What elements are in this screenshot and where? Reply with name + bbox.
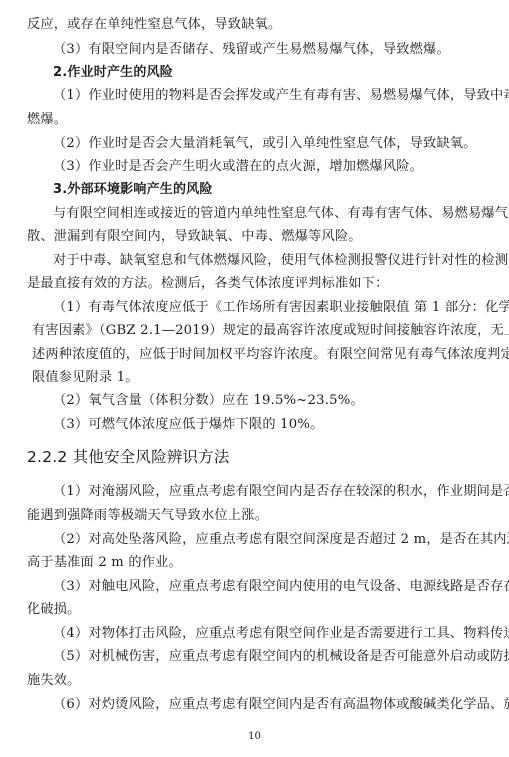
paragraph-line: 限值参见附录 1。 — [32, 370, 484, 386]
paragraph-line: 化破损。 — [27, 602, 479, 618]
paragraph-line: 高于基准面 2 m 的作业。 — [27, 555, 479, 571]
section-heading: 2.2.2 其他安全风险辨识方法 — [27, 447, 479, 467]
paragraph-line: （2）作业时是否会大量消耗氧气，或引入单纯性窒息气体，导致缺氧。 — [53, 136, 479, 152]
paragraph-line: （3）可燃气体浓度应低于爆炸下限的 10%。 — [53, 417, 479, 433]
paragraph-line: （2）氧气含量（体积分数）应在 19.5%~23.5%。 — [53, 393, 479, 409]
paragraph-line: （1）对淹溺风险，应重点考虑有限空间内是否存在较深的积水，作业期间是否可 — [53, 484, 479, 500]
paragraph-line: 能遇到强降雨等极端天气导致水位上涨。 — [27, 508, 479, 524]
paragraph-line: 散、泄漏到有限空间内，导致缺氧、中毒、燃爆等风险。 — [27, 229, 479, 245]
subsection-heading: 2.作业时产生的风险 — [53, 65, 479, 81]
paragraph-line: （3）对触电风险，应重点考虑有限空间内使用的电气设备、电源线路是否存在老 — [53, 579, 479, 595]
paragraph-line: （1）有毒气体浓度应低于《工作场所有害因素职业接触限值 第 1 部分：化学 — [53, 300, 479, 316]
paragraph-line: （3）有限空间内是否储存、残留或产生易燃易爆气体，导致燃爆。 — [53, 42, 479, 58]
page-number: 10 — [0, 731, 509, 742]
paragraph-line: （1）作业时使用的物料是否会挥发或产生有毒有害、易燃易爆气体，导致中毒或 — [53, 88, 479, 104]
subsection-heading: 3.外部环境影响产生的风险 — [53, 182, 479, 198]
paragraph-line: （6）对灼烫风险，应重点考虑有限空间内是否有高温物体或酸碱类化学品、放射 — [53, 697, 479, 713]
paragraph-line: 与有限空间相连或接近的管道内单纯性窒息气体、有毒有害气体、易燃易爆气体扩 — [53, 206, 479, 222]
document-page: 反应，或存在单纯性窒息气体，导致缺氧。（3）有限空间内是否储存、残留或产生易燃易… — [0, 0, 509, 757]
paragraph-line: （5）对机械伤害，应重点考虑有限空间内的机械设备是否可能意外启动或防护措 — [53, 649, 479, 665]
paragraph-line: （3）作业时是否会产生明火或潜在的点火源，增加燃爆风险。 — [53, 159, 479, 175]
paragraph-line: 反应，或存在单纯性窒息气体，导致缺氧。 — [27, 17, 479, 33]
paragraph-line: 述两种浓度值的，应低于时间加权平均容许浓度。有限空间常见有毒气体浓度判定 — [32, 347, 484, 363]
paragraph-line: 燃爆。 — [27, 112, 479, 128]
paragraph-line: 对于中毒、缺氧窒息和气体燃爆风险，使用气体检测报警仪进行针对性的检测 — [53, 253, 479, 269]
paragraph-line: （4）对物体打击风险，应重点考虑有限空间作业是否需要进行工具、物料传送。 — [53, 626, 479, 642]
paragraph-line: （2）对高处坠落风险，应重点考虑有限空间深度是否超过 2 m，是否在其内进行 — [53, 532, 479, 548]
paragraph-line: 施失效。 — [27, 673, 479, 689]
paragraph-line: 是最直接有效的方法。检测后，各类气体浓度评判标准如下： — [27, 276, 479, 292]
paragraph-line: 有害因素》（GBZ 2.1—2019）规定的最高容许浓度或短时间接触容许浓度，无… — [32, 323, 484, 339]
